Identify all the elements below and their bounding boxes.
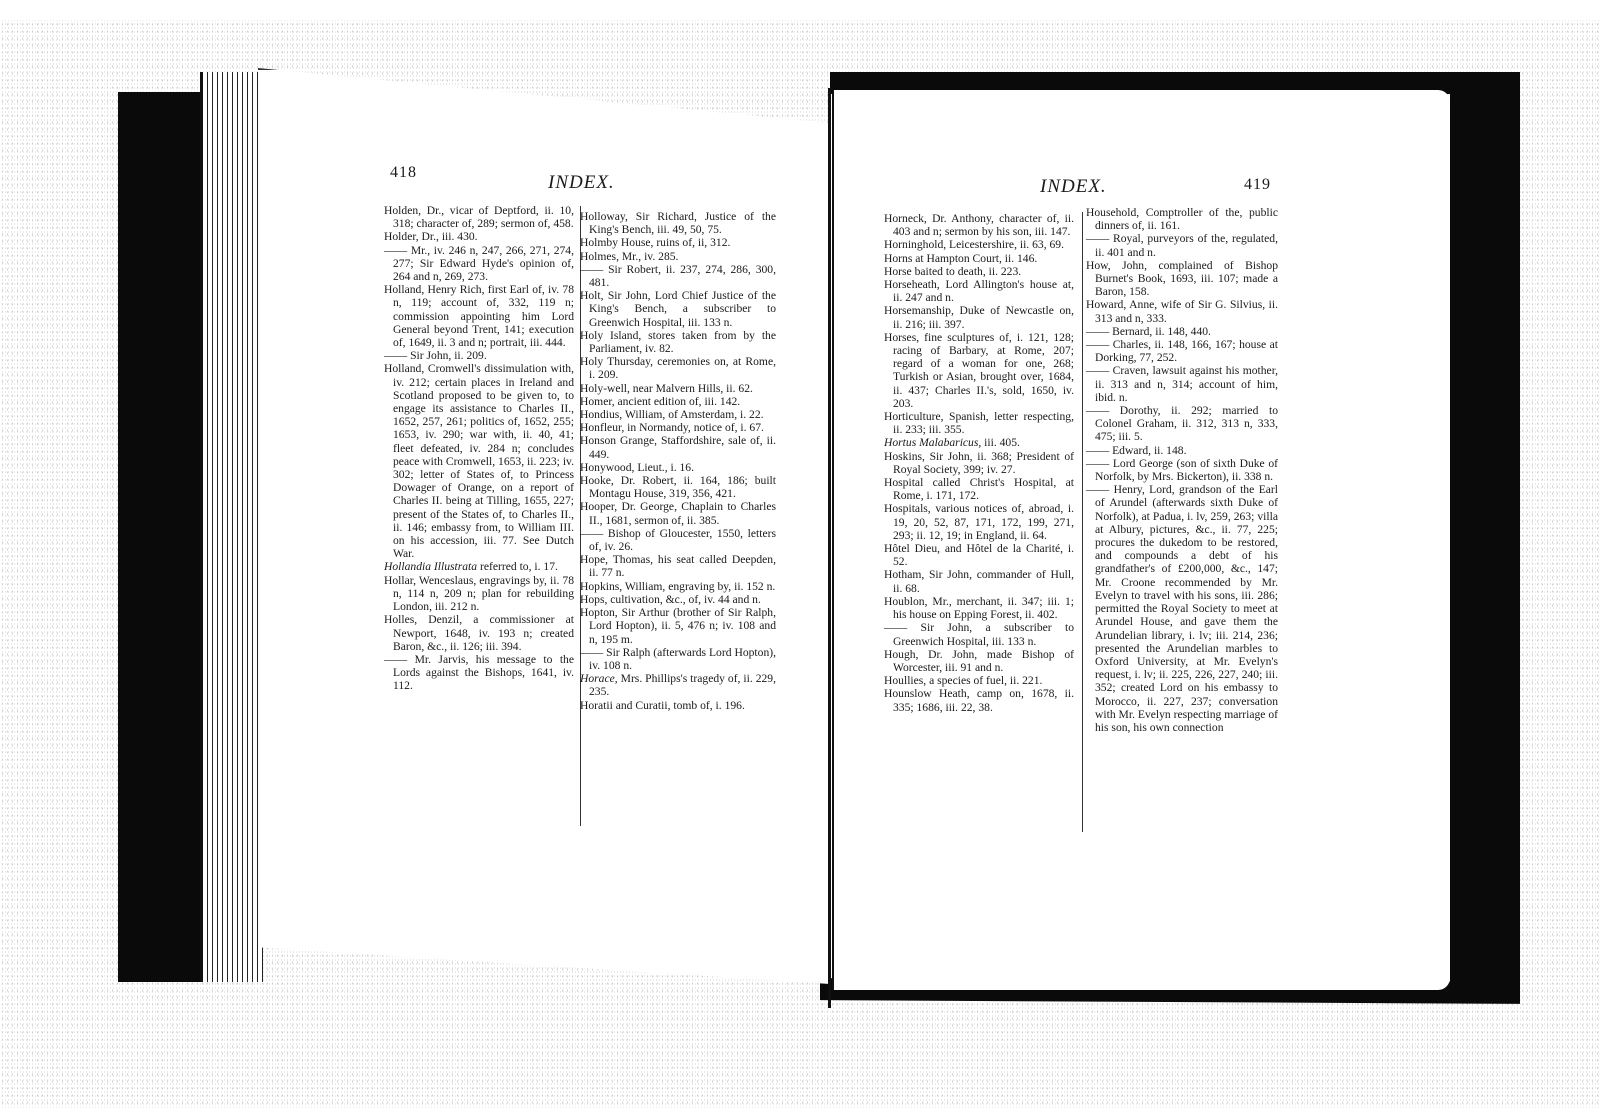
index-entry-text: —— Lord George (son of sixth Duke of Nor…	[1086, 457, 1278, 483]
index-entry: Horatii and Curatii, tomb of, i. 196.	[580, 699, 776, 712]
index-entry: —— Sir Ralph (afterwards Lord Hopton), i…	[580, 646, 776, 672]
index-entry: —— Bernard, ii. 148, 440.	[1086, 325, 1278, 338]
index-entry-text: Horatii and Curatii, tomb of, i. 196.	[580, 699, 745, 712]
index-entry: Honywood, Lieut., i. 16.	[580, 461, 776, 474]
index-entry: —— Sir Robert, ii. 237, 274, 286, 300, 4…	[580, 263, 776, 289]
index-entry: Horsemanship, Duke of Newcastle on, ii. …	[884, 304, 1074, 330]
index-entry-text: Horse baited to death, ii. 223.	[884, 265, 1021, 278]
book-cover-right	[1450, 80, 1520, 1000]
index-entry-text: —— Sir John, a subscriber to Greenwich H…	[884, 621, 1074, 647]
index-entry: Honfleur, in Normandy, notice of, i. 67.	[580, 421, 776, 434]
right-page-column-2: Household, Comptroller of the, public di…	[1086, 206, 1278, 734]
index-entry: Holder, Dr., iii. 430.	[384, 230, 574, 243]
index-entry-text: —— Sir Ralph (afterwards Lord Hopton), i…	[580, 646, 776, 672]
index-entry: Hospital called Christ's Hospital, at Ro…	[884, 476, 1074, 502]
index-entry: Houllies, a species of fuel, ii. 221.	[884, 674, 1074, 687]
index-entry-text: —— Bernard, ii. 148, 440.	[1086, 325, 1211, 338]
index-entry-text: Houllies, a species of fuel, ii. 221.	[884, 674, 1042, 687]
index-entry: Hotham, Sir John, commander of Hull, ii.…	[884, 568, 1074, 594]
index-entry: Hospitals, various notices of, abroad, i…	[884, 502, 1074, 542]
scan-margin-top	[0, 0, 1600, 20]
index-entry-text: Hoskins, Sir John, ii. 368; President of…	[884, 450, 1074, 476]
index-entry-text: —— Royal, purveyors of the, regulated, i…	[1086, 232, 1278, 258]
index-entry-text: Horticulture, Spanish, letter respecting…	[884, 410, 1074, 436]
index-entry: —— Lord George (son of sixth Duke of Nor…	[1086, 457, 1278, 483]
index-entry-text: Holmes, Mr., iv. 285.	[580, 250, 678, 263]
index-entry-text: Horninghold, Leicestershire, ii. 63, 69.	[884, 238, 1064, 251]
index-entry-text: Holt, Sir John, Lord Chief Justice of th…	[580, 289, 776, 328]
index-entry-text: Holloway, Sir Richard, Justice of the Ki…	[580, 210, 776, 236]
index-entry: Hoskins, Sir John, ii. 368; President of…	[884, 450, 1074, 476]
index-entry-text: Household, Comptroller of the, public di…	[1086, 206, 1278, 232]
right-page-number: 419	[1244, 176, 1271, 194]
index-entry-text: Hopkins, William, engraving by, ii. 152 …	[580, 580, 775, 593]
left-page-column-2: Holloway, Sir Richard, Justice of the Ki…	[580, 210, 776, 712]
index-entry-text: Hooper, Dr. George, Chaplain to Charles …	[580, 500, 776, 526]
index-entry: Horses, fine sculptures of, i. 121, 128;…	[884, 331, 1074, 410]
index-entry: Household, Comptroller of the, public di…	[1086, 206, 1278, 232]
index-entry: Hope, Thomas, his seat called Deepden, i…	[580, 553, 776, 579]
index-entry-text: —— Mr., iv. 246 n, 247, 266, 271, 274, 2…	[384, 244, 574, 283]
index-entry-text: Holy-well, near Malvern Hills, ii. 62.	[580, 382, 753, 395]
index-entry-text: —— Charles, ii. 148, 166, 167; house at …	[1086, 338, 1278, 364]
index-entry: Holden, Dr., vicar of Deptford, ii. 10, …	[384, 204, 574, 230]
index-entry: Hôtel Dieu, and Hôtel de la Charité, i. …	[884, 542, 1074, 568]
index-entry: Holy-well, near Malvern Hills, ii. 62.	[580, 382, 776, 395]
index-entry-text: Honfleur, in Normandy, notice of, i. 67.	[580, 421, 764, 434]
index-entry-text: —— Sir Robert, ii. 237, 274, 286, 300, 4…	[580, 263, 776, 289]
index-entry-text: Horns at Hampton Court, ii. 146.	[884, 252, 1037, 265]
index-entry: Hopkins, William, engraving by, ii. 152 …	[580, 580, 776, 593]
index-entry: —— Royal, purveyors of the, regulated, i…	[1086, 232, 1278, 258]
index-entry: —— Mr. Jarvis, his message to the Lords …	[384, 653, 574, 693]
index-entry-text: Holden, Dr., vicar of Deptford, ii. 10, …	[384, 204, 574, 230]
right-running-head: INDEX.	[1040, 176, 1107, 198]
book-gutter	[828, 88, 831, 1008]
index-entry: Hough, Dr. John, made Bishop of Worceste…	[884, 648, 1074, 674]
index-entry-text: —— Henry, Lord, grandson of the Earl of …	[1086, 483, 1278, 734]
index-entry: Holy Thursday, ceremonies on, at Rome, i…	[580, 355, 776, 381]
index-entry-text: Hollar, Wenceslaus, engravings by, ii. 7…	[384, 574, 574, 613]
index-entry: Horninghold, Leicestershire, ii. 63, 69.	[884, 238, 1074, 251]
left-running-head: INDEX.	[548, 172, 615, 194]
left-page-number: 418	[390, 164, 417, 182]
index-entry: Hondius, William, of Amsterdam, i. 22.	[580, 408, 776, 421]
index-entry-text: —— Mr. Jarvis, his message to the Lords …	[384, 653, 574, 692]
index-entry: Houblon, Mr., merchant, ii. 347; iii. 1;…	[884, 595, 1074, 621]
index-entry: Holy Island, stores taken from by the Pa…	[580, 329, 776, 355]
index-entry-text: Horneck, Dr. Anthony, character of, ii. …	[884, 212, 1074, 238]
index-entry: How, John, complained of Bishop Burnet's…	[1086, 259, 1278, 299]
index-entry: Holland, Cromwell's dissimulation with, …	[384, 362, 574, 560]
index-entry-text: —— Edward, ii. 148.	[1086, 444, 1186, 457]
index-entry-text: Hounslow Heath, camp on, 1678, ii. 335; …	[884, 687, 1074, 713]
index-entry: Horticulture, Spanish, letter respecting…	[884, 410, 1074, 436]
index-entry: Hooke, Dr. Robert, ii. 164, 186; built M…	[580, 474, 776, 500]
index-entry: Holland, Henry Rich, first Earl of, iv. …	[384, 283, 574, 349]
index-entry-text: , iii. 405.	[978, 436, 1020, 449]
index-entry: Hopton, Sir Arthur (brother of Sir Ralph…	[580, 606, 776, 646]
index-entry: Hops, cultivation, &c., of, iv. 44 and n…	[580, 593, 776, 606]
index-entry: Horneck, Dr. Anthony, character of, ii. …	[884, 212, 1074, 238]
index-entry: —— Sir John, a subscriber to Greenwich H…	[884, 621, 1074, 647]
index-entry-text: Holland, Henry Rich, first Earl of, iv. …	[384, 283, 574, 349]
index-entry-text: Hough, Dr. John, made Bishop of Worceste…	[884, 648, 1074, 674]
index-entry-text: , Mrs. Phillips's tragedy of, ii. 229, 2…	[589, 672, 776, 698]
index-entry: —— Sir John, ii. 209.	[384, 349, 574, 362]
index-entry-text: Homer, ancient edition of, iii. 142.	[580, 395, 740, 408]
index-entry-italic-title: Hollandia Illustrata	[384, 560, 477, 573]
index-entry: Howard, Anne, wife of Sir G. Silvius, ii…	[1086, 298, 1278, 324]
index-entry: Horseheath, Lord Allington's house at, i…	[884, 278, 1074, 304]
index-entry-text: Holy Island, stores taken from by the Pa…	[580, 329, 776, 355]
index-entry-text: Hotham, Sir John, commander of Hull, ii.…	[884, 568, 1074, 594]
index-entry: —— Craven, lawsuit against his mother, i…	[1086, 364, 1278, 404]
index-entry: Hollar, Wenceslaus, engravings by, ii. 7…	[384, 574, 574, 614]
index-entry: Horns at Hampton Court, ii. 146.	[884, 252, 1074, 265]
index-entry: —— Henry, Lord, grandson of the Earl of …	[1086, 483, 1278, 734]
index-entry-text: Honson Grange, Staffordshire, sale of, i…	[580, 434, 776, 460]
index-entry: —— Dorothy, ii. 292; married to Colonel …	[1086, 404, 1278, 444]
index-entry-text: Horsemanship, Duke of Newcastle on, ii. …	[884, 304, 1074, 330]
index-entry: —— Mr., iv. 246 n, 247, 266, 271, 274, 2…	[384, 244, 574, 284]
index-entry-text: Hops, cultivation, &c., of, iv. 44 and n…	[580, 593, 761, 606]
index-entry: Holmes, Mr., iv. 285.	[580, 250, 776, 263]
index-entry: Hounslow Heath, camp on, 1678, ii. 335; …	[884, 687, 1074, 713]
index-entry-text: Hopton, Sir Arthur (brother of Sir Ralph…	[580, 606, 776, 645]
page-edges-left	[200, 72, 263, 982]
index-entry: Hooper, Dr. George, Chaplain to Charles …	[580, 500, 776, 526]
index-entry-text: Hope, Thomas, his seat called Deepden, i…	[580, 553, 776, 579]
index-entry: —— Edward, ii. 148.	[1086, 444, 1278, 457]
index-entry: Holloway, Sir Richard, Justice of the Ki…	[580, 210, 776, 236]
index-entry: Homer, ancient edition of, iii. 142.	[580, 395, 776, 408]
index-entry-text: —— Craven, lawsuit against his mother, i…	[1086, 364, 1278, 403]
right-page-column-1: Horneck, Dr. Anthony, character of, ii. …	[884, 212, 1074, 714]
index-entry-text: Holder, Dr., iii. 430.	[384, 230, 478, 243]
index-entry-text: —— Dorothy, ii. 292; married to Colonel …	[1086, 404, 1278, 443]
index-entry: Holmby House, ruins of, ii, 312.	[580, 236, 776, 249]
index-entry-text: Holy Thursday, ceremonies on, at Rome, i…	[580, 355, 776, 381]
index-entry: —— Bishop of Gloucester, 1550, letters o…	[580, 527, 776, 553]
index-entry-text: Hospitals, various notices of, abroad, i…	[884, 502, 1074, 541]
index-entry-text: —— Bishop of Gloucester, 1550, letters o…	[580, 527, 776, 553]
index-entry: Horse baited to death, ii. 223.	[884, 265, 1074, 278]
left-page-column-1: Holden, Dr., vicar of Deptford, ii. 10, …	[384, 204, 574, 693]
index-entry-text: Holmby House, ruins of, ii, 312.	[580, 236, 730, 249]
index-entry: —— Charles, ii. 148, 166, 167; house at …	[1086, 338, 1278, 364]
index-entry-text: Holles, Denzil, a commissioner at Newpor…	[384, 613, 574, 652]
index-entry: Honson Grange, Staffordshire, sale of, i…	[580, 434, 776, 460]
index-entry-text: Hôtel Dieu, and Hôtel de la Charité, i. …	[884, 542, 1074, 568]
index-entry-text: Holland, Cromwell's dissimulation with, …	[384, 362, 574, 560]
index-entry-text: Honywood, Lieut., i. 16.	[580, 461, 694, 474]
index-entry-text: Hondius, William, of Amsterdam, i. 22.	[580, 408, 764, 421]
index-entry-italic-title: Hortus Malabaricus	[884, 436, 978, 449]
index-entry: Horace, Mrs. Phillips's tragedy of, ii. …	[580, 672, 776, 698]
index-entry-text: Houblon, Mr., merchant, ii. 347; iii. 1;…	[884, 595, 1074, 621]
index-entry: Holt, Sir John, Lord Chief Justice of th…	[580, 289, 776, 329]
index-entry: Hortus Malabaricus, iii. 405.	[884, 436, 1074, 449]
index-entry-text: Hooke, Dr. Robert, ii. 164, 186; built M…	[580, 474, 776, 500]
index-entry-text: —— Sir John, ii. 209.	[384, 349, 487, 362]
index-entry-text: How, John, complained of Bishop Burnet's…	[1086, 259, 1278, 298]
index-entry-text: Howard, Anne, wife of Sir G. Silvius, ii…	[1086, 298, 1278, 324]
index-entry-text: Horseheath, Lord Allington's house at, i…	[884, 278, 1074, 304]
index-entry: Hollandia Illustrata referred to, i. 17.	[384, 560, 574, 573]
index-entry-italic-title: Horace	[580, 672, 615, 685]
index-entry-text: Hospital called Christ's Hospital, at Ro…	[884, 476, 1074, 502]
index-entry-text: Horses, fine sculptures of, i. 121, 128;…	[884, 331, 1074, 410]
index-entry-text: referred to, i. 17.	[477, 560, 558, 573]
right-column-rule	[1082, 212, 1083, 832]
index-entry: Holles, Denzil, a commissioner at Newpor…	[384, 613, 574, 653]
